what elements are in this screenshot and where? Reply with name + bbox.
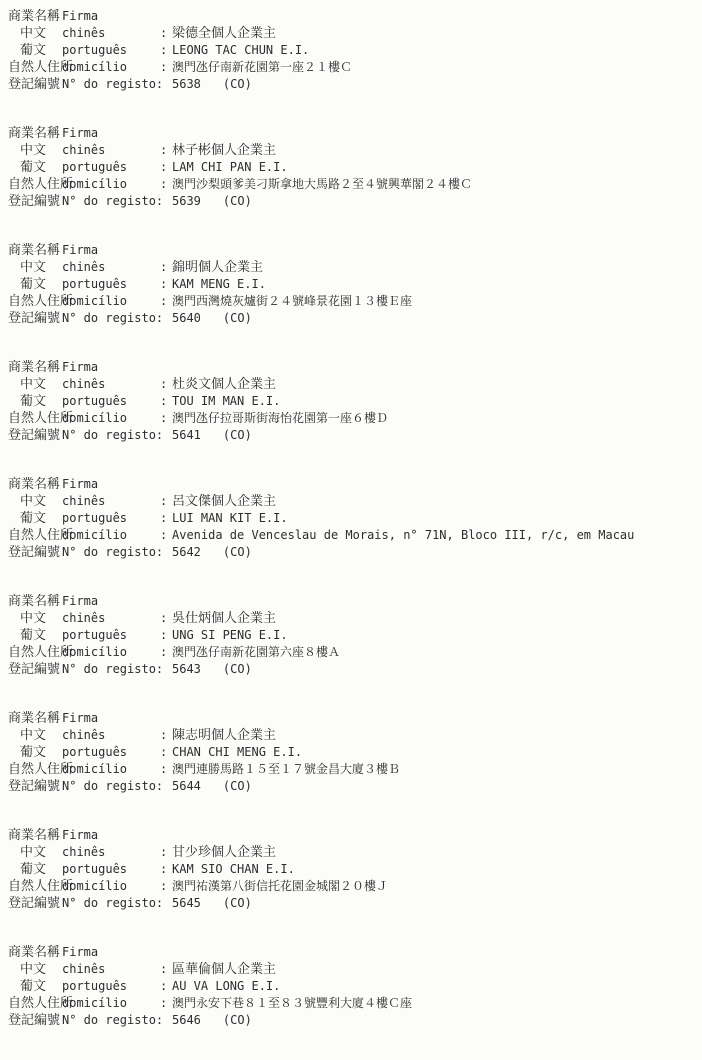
colon-separator: :: [160, 142, 172, 159]
portuguese-label-zh: 葡文: [8, 627, 62, 644]
firm-label-pt: Firma: [62, 8, 160, 25]
firm-header-line: 商業名稱 Firma: [8, 827, 702, 844]
chinese-name-value: 陳志明個人企業主: [172, 727, 276, 744]
domicile-line: 自然人住所 domicílio : 澳門祐漢第八街信托花園金城閣２０樓Ｊ: [8, 878, 702, 895]
chinese-name-value: 吳仕炳個人企業主: [172, 610, 276, 627]
chinese-name-line: 中文 chinês : 陳志明個人企業主: [8, 727, 702, 744]
domicile-label-zh: 自然人住所: [8, 878, 62, 895]
registration-number: 5645: [172, 895, 201, 912]
portuguese-label-zh: 葡文: [8, 276, 62, 293]
chinese-label-zh: 中文: [8, 727, 62, 744]
portuguese-name-value: CHAN CHI MENG E.I.: [172, 744, 302, 761]
firm-header-line: 商業名稱 Firma: [8, 710, 702, 727]
chinese-name-line: 中文 chinês : 區華倫個人企業主: [8, 961, 702, 978]
domicile-line: 自然人住所 domicílio : 澳門沙梨頭爹美刁斯拿地大馬路２至４號興華閣２…: [8, 176, 702, 193]
domicile-label-zh: 自然人住所: [8, 761, 62, 778]
registration-line: 登記編號 N° do registo: 5640 (CO): [8, 310, 702, 327]
registration-label-zh: 登記編號: [8, 310, 62, 327]
chinese-label-pt: chinês: [62, 844, 160, 861]
registration-label-zh: 登記編號: [8, 76, 62, 93]
portuguese-label-zh: 葡文: [8, 744, 62, 761]
chinese-label-zh: 中文: [8, 610, 62, 627]
registration-label-zh: 登記編號: [8, 661, 62, 678]
chinese-name-line: 中文 chinês : 杜炎文個人企業主: [8, 376, 702, 393]
portuguese-name-value: LUI MAN KIT E.I.: [172, 510, 288, 527]
domicile-label-zh: 自然人住所: [8, 59, 62, 76]
portuguese-name-line: 葡文 português : KAM SIO CHAN E.I.: [8, 861, 702, 878]
colon-separator: :: [160, 59, 172, 76]
domicile-value: 澳門沙梨頭爹美刁斯拿地大馬路２至４號興華閣２４樓Ｃ: [172, 176, 472, 193]
registration-suffix: (CO): [223, 778, 252, 795]
registration-line: 登記編號 N° do registo: 5645 (CO): [8, 895, 702, 912]
colon-separator: :: [160, 493, 172, 510]
colon-separator: :: [160, 744, 172, 761]
colon-separator: :: [160, 527, 172, 544]
firm-label-pt: Firma: [62, 476, 160, 493]
portuguese-name-line: 葡文 português : TOU IM MAN E.I.: [8, 393, 702, 410]
registration-line: 登記編號 N° do registo: 5639 (CO): [8, 193, 702, 210]
registration-number: 5639: [172, 193, 201, 210]
registration-line: 登記編號 N° do registo: 5643 (CO): [8, 661, 702, 678]
chinese-name-value: 錦明個人企業主: [172, 259, 263, 276]
registration-label-zh: 登記編號: [8, 193, 62, 210]
registration-label-pt: N° do registo:: [62, 76, 172, 93]
registration-label-pt: N° do registo:: [62, 1012, 172, 1029]
registration-label-pt: N° do registo:: [62, 427, 172, 444]
registration-line: 登記編號 N° do registo: 5646 (CO): [8, 1012, 702, 1029]
portuguese-label-pt: português: [62, 276, 160, 293]
business-record: 商業名稱 Firma 中文 chinês : 甘少珍個人企業主 葡文 portu…: [8, 827, 702, 912]
firm-label-zh: 商業名稱: [8, 944, 62, 961]
colon-separator: :: [160, 42, 172, 59]
firm-header-line: 商業名稱 Firma: [8, 476, 702, 493]
portuguese-label-zh: 葡文: [8, 861, 62, 878]
portuguese-label-pt: português: [62, 159, 160, 176]
chinese-label-zh: 中文: [8, 259, 62, 276]
portuguese-label-pt: português: [62, 627, 160, 644]
firm-label-zh: 商業名稱: [8, 476, 62, 493]
portuguese-label-zh: 葡文: [8, 393, 62, 410]
registration-label-pt: N° do registo:: [62, 778, 172, 795]
portuguese-name-value: KAM SIO CHAN E.I.: [172, 861, 295, 878]
domicile-label-zh: 自然人住所: [8, 410, 62, 427]
domicile-label-zh: 自然人住所: [8, 644, 62, 661]
portuguese-name-value: UNG SI PENG E.I.: [172, 627, 288, 644]
colon-separator: :: [160, 293, 172, 310]
firm-label-zh: 商業名稱: [8, 827, 62, 844]
domicile-value: 澳門西灣燒灰爐街２４號峰景花園１３樓Ｅ座: [172, 293, 412, 310]
firm-label-pt: Firma: [62, 593, 160, 610]
firm-label-zh: 商業名稱: [8, 359, 62, 376]
firm-header-line: 商業名稱 Firma: [8, 242, 702, 259]
domicile-value: 澳門氹仔拉哥斯街海怡花園第一座６樓Ｄ: [172, 410, 388, 427]
colon-separator: :: [160, 159, 172, 176]
portuguese-label-zh: 葡文: [8, 159, 62, 176]
registration-label-pt: N° do registo:: [62, 661, 172, 678]
registration-number: 5644: [172, 778, 201, 795]
registration-label-pt: N° do registo:: [62, 310, 172, 327]
chinese-name-value: 呂文傑個人企業主: [172, 493, 276, 510]
records-list: 商業名稱 Firma 中文 chinês : 梁德全個人企業主 葡文 portu…: [8, 8, 702, 1029]
firm-label-zh: 商業名稱: [8, 8, 62, 25]
domicile-line: 自然人住所 domicílio : 澳門氹仔南新花園第六座８樓Ａ: [8, 644, 702, 661]
portuguese-name-value: AU VA LONG E.I.: [172, 978, 280, 995]
portuguese-name-line: 葡文 português : LAM CHI PAN E.I.: [8, 159, 702, 176]
registration-line: 登記編號 N° do registo: 5641 (CO): [8, 427, 702, 444]
firm-label-pt: Firma: [62, 827, 160, 844]
business-record: 商業名稱 Firma 中文 chinês : 錦明個人企業主 葡文 portug…: [8, 242, 702, 327]
domicile-label-pt: domicílio: [62, 176, 160, 193]
portuguese-label-pt: português: [62, 978, 160, 995]
chinese-label-pt: chinês: [62, 376, 160, 393]
firm-label-zh: 商業名稱: [8, 242, 62, 259]
business-record: 商業名稱 Firma 中文 chinês : 吳仕炳個人企業主 葡文 portu…: [8, 593, 702, 678]
chinese-name-value: 區華倫個人企業主: [172, 961, 276, 978]
chinese-label-zh: 中文: [8, 493, 62, 510]
firm-header-line: 商業名稱 Firma: [8, 593, 702, 610]
chinese-name-line: 中文 chinês : 甘少珍個人企業主: [8, 844, 702, 861]
chinese-name-value: 甘少珍個人企業主: [172, 844, 276, 861]
chinese-name-line: 中文 chinês : 梁德全個人企業主: [8, 25, 702, 42]
domicile-value: 澳門連勝馬路１５至１７號金昌大廈３樓Ｂ: [172, 761, 400, 778]
chinese-name-line: 中文 chinês : 呂文傑個人企業主: [8, 493, 702, 510]
portuguese-name-line: 葡文 português : LEONG TAC CHUN E.I.: [8, 42, 702, 59]
chinese-label-pt: chinês: [62, 142, 160, 159]
chinese-name-value: 梁德全個人企業主: [172, 25, 276, 42]
registration-suffix: (CO): [223, 427, 252, 444]
registration-number: 5646: [172, 1012, 201, 1029]
colon-separator: :: [160, 410, 172, 427]
portuguese-label-pt: português: [62, 861, 160, 878]
registration-label-zh: 登記編號: [8, 427, 62, 444]
domicile-line: 自然人住所 domicílio : 澳門永安下巷８１至８３號豐利大廈４樓Ｃ座: [8, 995, 702, 1012]
chinese-name-line: 中文 chinês : 錦明個人企業主: [8, 259, 702, 276]
domicile-label-pt: domicílio: [62, 761, 160, 778]
portuguese-label-pt: português: [62, 744, 160, 761]
registration-suffix: (CO): [223, 544, 252, 561]
colon-separator: :: [160, 761, 172, 778]
domicile-label-zh: 自然人住所: [8, 176, 62, 193]
colon-separator: :: [160, 627, 172, 644]
chinese-label-pt: chinês: [62, 493, 160, 510]
registration-label-zh: 登記編號: [8, 1012, 62, 1029]
domicile-line: 自然人住所 domicílio : Avenida de Venceslau d…: [8, 527, 702, 544]
portuguese-name-value: TOU IM MAN E.I.: [172, 393, 280, 410]
portuguese-name-line: 葡文 português : AU VA LONG E.I.: [8, 978, 702, 995]
firm-label-zh: 商業名稱: [8, 710, 62, 727]
registration-label-pt: N° do registo:: [62, 544, 172, 561]
business-record: 商業名稱 Firma 中文 chinês : 梁德全個人企業主 葡文 portu…: [8, 8, 702, 93]
registration-label-zh: 登記編號: [8, 895, 62, 912]
firm-header-line: 商業名稱 Firma: [8, 359, 702, 376]
registration-suffix: (CO): [223, 1012, 252, 1029]
chinese-name-line: 中文 chinês : 吳仕炳個人企業主: [8, 610, 702, 627]
firm-label-pt: Firma: [62, 125, 160, 142]
chinese-name-value: 杜炎文個人企業主: [172, 376, 276, 393]
chinese-label-zh: 中文: [8, 961, 62, 978]
firm-label-pt: Firma: [62, 710, 160, 727]
colon-separator: :: [160, 510, 172, 527]
domicile-label-pt: domicílio: [62, 59, 160, 76]
domicile-line: 自然人住所 domicílio : 澳門氹仔南新花園第一座２１樓Ｃ: [8, 59, 702, 76]
colon-separator: :: [160, 25, 172, 42]
registration-suffix: (CO): [223, 76, 252, 93]
firm-label-zh: 商業名稱: [8, 593, 62, 610]
portuguese-name-line: 葡文 português : UNG SI PENG E.I.: [8, 627, 702, 644]
colon-separator: :: [160, 376, 172, 393]
domicile-label-zh: 自然人住所: [8, 995, 62, 1012]
portuguese-label-zh: 葡文: [8, 510, 62, 527]
portuguese-label-pt: português: [62, 393, 160, 410]
chinese-label-zh: 中文: [8, 142, 62, 159]
colon-separator: :: [160, 610, 172, 627]
registration-suffix: (CO): [223, 310, 252, 327]
registration-label-zh: 登記編號: [8, 544, 62, 561]
registry-document-page: 商業名稱 Firma 中文 chinês : 梁德全個人企業主 葡文 portu…: [0, 0, 702, 1060]
registration-label-pt: N° do registo:: [62, 193, 172, 210]
registration-number: 5641: [172, 427, 201, 444]
portuguese-label-zh: 葡文: [8, 978, 62, 995]
portuguese-label-zh: 葡文: [8, 42, 62, 59]
portuguese-name-line: 葡文 português : LUI MAN KIT E.I.: [8, 510, 702, 527]
business-record: 商業名稱 Firma 中文 chinês : 陳志明個人企業主 葡文 portu…: [8, 710, 702, 795]
domicile-value: 澳門氹仔南新花園第一座２１樓Ｃ: [172, 59, 352, 76]
chinese-label-pt: chinês: [62, 25, 160, 42]
colon-separator: :: [160, 176, 172, 193]
registration-number: 5643: [172, 661, 201, 678]
domicile-label-pt: domicílio: [62, 410, 160, 427]
domicile-label-pt: domicílio: [62, 878, 160, 895]
firm-header-line: 商業名稱 Firma: [8, 8, 702, 25]
registration-suffix: (CO): [223, 895, 252, 912]
domicile-label-pt: domicílio: [62, 293, 160, 310]
registration-suffix: (CO): [223, 661, 252, 678]
chinese-label-pt: chinês: [62, 259, 160, 276]
portuguese-name-value: LEONG TAC CHUN E.I.: [172, 42, 309, 59]
colon-separator: :: [160, 844, 172, 861]
registration-number: 5642: [172, 544, 201, 561]
portuguese-name-line: 葡文 português : CHAN CHI MENG E.I.: [8, 744, 702, 761]
domicile-value: 澳門祐漢第八街信托花園金城閣２０樓Ｊ: [172, 878, 388, 895]
domicile-line: 自然人住所 domicílio : 澳門西灣燒灰爐街２４號峰景花園１３樓Ｅ座: [8, 293, 702, 310]
colon-separator: :: [160, 259, 172, 276]
portuguese-name-line: 葡文 português : KAM MENG E.I.: [8, 276, 702, 293]
firm-header-line: 商業名稱 Firma: [8, 944, 702, 961]
colon-separator: :: [160, 978, 172, 995]
domicile-value: Avenida de Venceslau de Morais, n° 71N, …: [172, 527, 634, 544]
chinese-label-pt: chinês: [62, 610, 160, 627]
chinese-label-zh: 中文: [8, 25, 62, 42]
chinese-name-value: 林子彬個人企業主: [172, 142, 276, 159]
registration-number: 5640: [172, 310, 201, 327]
portuguese-name-value: LAM CHI PAN E.I.: [172, 159, 288, 176]
portuguese-label-pt: português: [62, 510, 160, 527]
domicile-value: 澳門氹仔南新花園第六座８樓Ａ: [172, 644, 340, 661]
firm-header-line: 商業名稱 Firma: [8, 125, 702, 142]
firm-label-zh: 商業名稱: [8, 125, 62, 142]
domicile-label-zh: 自然人住所: [8, 293, 62, 310]
domicile-value: 澳門永安下巷８１至８３號豐利大廈４樓Ｃ座: [172, 995, 412, 1012]
domicile-line: 自然人住所 domicílio : 澳門連勝馬路１５至１７號金昌大廈３樓Ｂ: [8, 761, 702, 778]
registration-label-pt: N° do registo:: [62, 895, 172, 912]
business-record: 商業名稱 Firma 中文 chinês : 杜炎文個人企業主 葡文 portu…: [8, 359, 702, 444]
colon-separator: :: [160, 727, 172, 744]
chinese-label-zh: 中文: [8, 376, 62, 393]
domicile-label-pt: domicílio: [62, 527, 160, 544]
firm-label-pt: Firma: [62, 944, 160, 961]
domicile-line: 自然人住所 domicílio : 澳門氹仔拉哥斯街海怡花園第一座６樓Ｄ: [8, 410, 702, 427]
chinese-label-pt: chinês: [62, 727, 160, 744]
portuguese-label-pt: português: [62, 42, 160, 59]
colon-separator: :: [160, 995, 172, 1012]
business-record: 商業名稱 Firma 中文 chinês : 林子彬個人企業主 葡文 portu…: [8, 125, 702, 210]
colon-separator: :: [160, 878, 172, 895]
chinese-label-zh: 中文: [8, 844, 62, 861]
domicile-label-pt: domicílio: [62, 995, 160, 1012]
colon-separator: :: [160, 393, 172, 410]
domicile-label-zh: 自然人住所: [8, 527, 62, 544]
registration-line: 登記編號 N° do registo: 5642 (CO): [8, 544, 702, 561]
registration-label-zh: 登記編號: [8, 778, 62, 795]
colon-separator: :: [160, 861, 172, 878]
registration-number: 5638: [172, 76, 201, 93]
firm-label-pt: Firma: [62, 359, 160, 376]
portuguese-name-value: KAM MENG E.I.: [172, 276, 266, 293]
chinese-name-line: 中文 chinês : 林子彬個人企業主: [8, 142, 702, 159]
colon-separator: :: [160, 644, 172, 661]
domicile-label-pt: domicílio: [62, 644, 160, 661]
registration-line: 登記編號 N° do registo: 5638 (CO): [8, 76, 702, 93]
registration-line: 登記編號 N° do registo: 5644 (CO): [8, 778, 702, 795]
registration-suffix: (CO): [223, 193, 252, 210]
firm-label-pt: Firma: [62, 242, 160, 259]
colon-separator: :: [160, 276, 172, 293]
chinese-label-pt: chinês: [62, 961, 160, 978]
business-record: 商業名稱 Firma 中文 chinês : 呂文傑個人企業主 葡文 portu…: [8, 476, 702, 561]
business-record: 商業名稱 Firma 中文 chinês : 區華倫個人企業主 葡文 portu…: [8, 944, 702, 1029]
colon-separator: :: [160, 961, 172, 978]
